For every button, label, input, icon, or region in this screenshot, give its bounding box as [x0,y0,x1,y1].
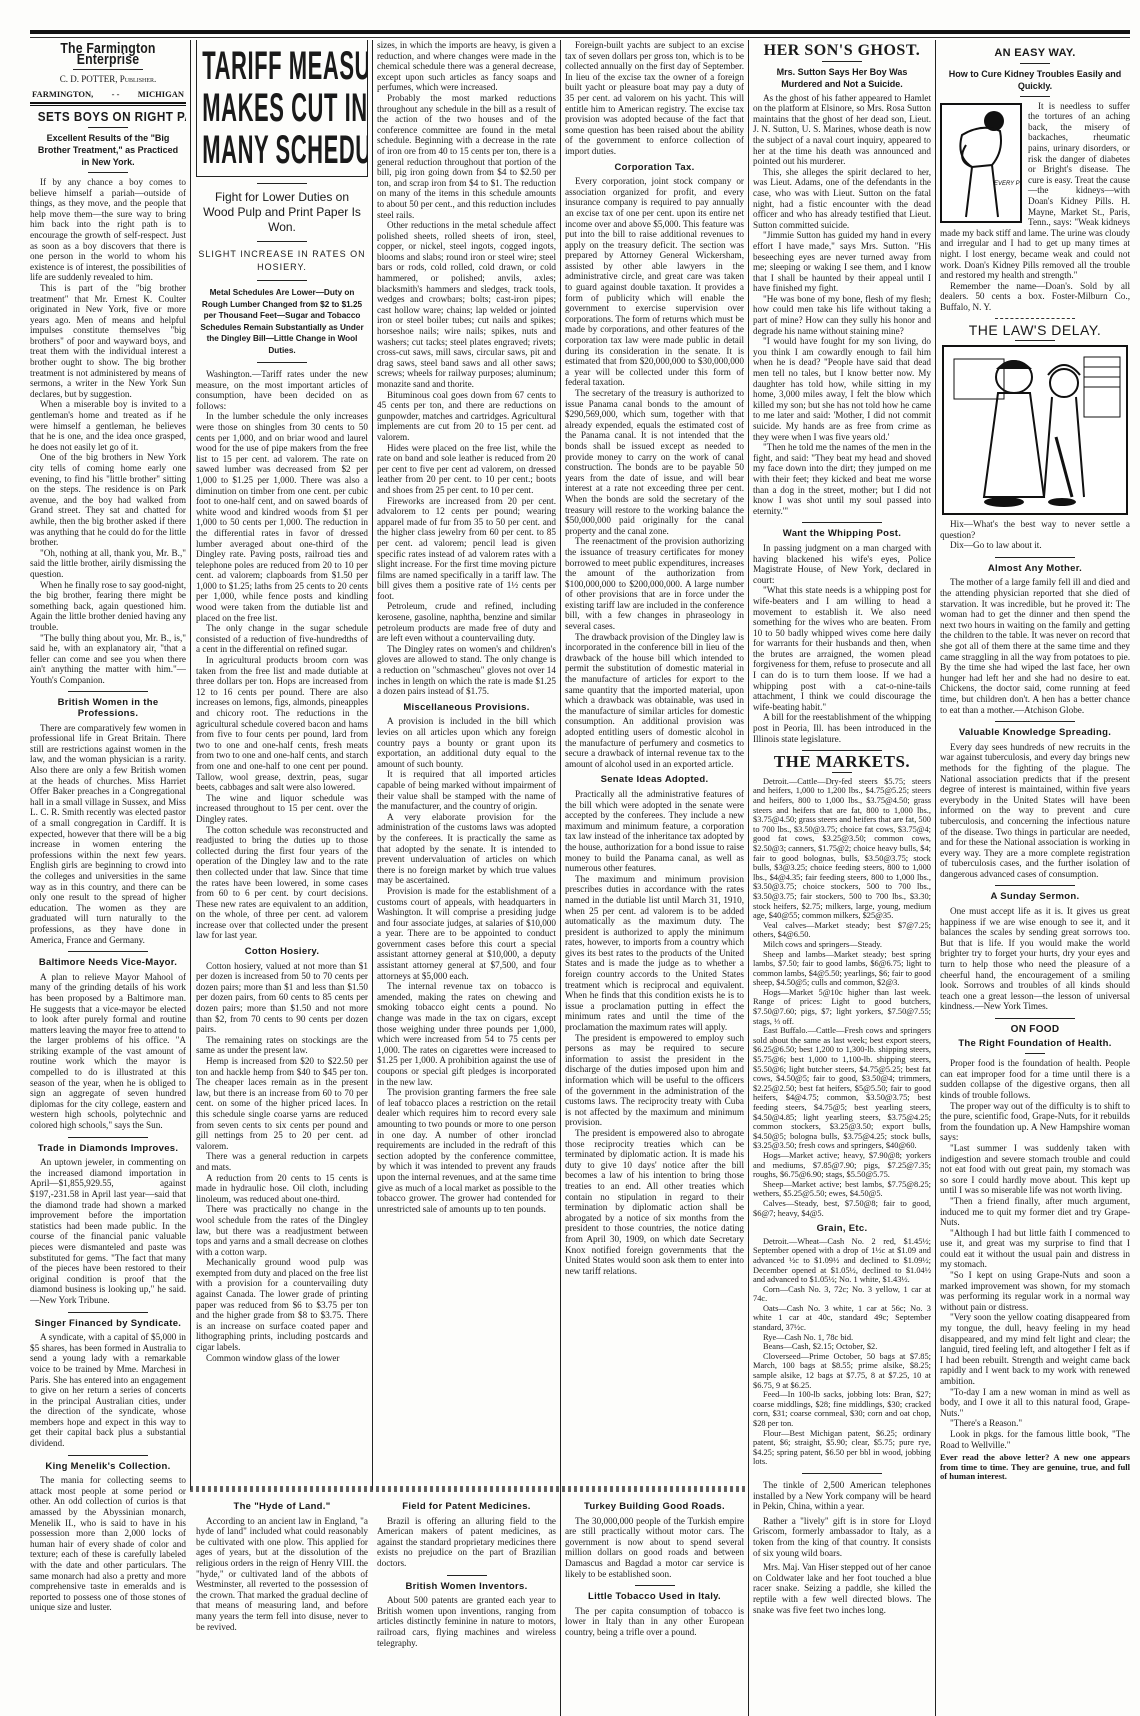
deck-metal-schedules: Metal Schedules Are Lower—Duty on Rough … [198,287,366,356]
banner-line: TARIFF MEASURE [202,46,362,86]
two-men-talking-icon [944,347,1126,513]
article-paragraph: If by any chance a boy comes to believe … [30,177,186,283]
article-paragraph: "What this state needs is a whipping pos… [753,585,931,712]
article-paragraph: The internal revenue tax on tobacco is a… [377,981,556,1087]
market-report: Beans—Cash, $2.15; October, $2. [753,1342,931,1352]
article-paragraph: The per capita consumption of tobacco is… [565,1606,744,1638]
market-report: Cloverseed—Prime October, 50 bags at $7.… [753,1352,931,1390]
masthead-double-rule [30,102,186,106]
section-heading: The "Hyde of Land." [196,1502,368,1513]
section-heading: King Menelik's Collection. [30,1462,186,1473]
ad-paragraph: "There's a Reason." [940,1418,1130,1429]
article-paragraph: The wine and liquor schedule was increas… [196,793,368,825]
article-paragraph: This is part of the "big brother treatme… [30,283,186,400]
article-paragraph: Every day sees hundreds of new recruits … [940,742,1130,880]
article-paragraph: The Dingley rates on women's and childre… [377,644,556,697]
subhead-right-foundation: The Right Foundation of Health. [940,1039,1130,1050]
article-paragraph: Fireworks are increased from 20 per cent… [377,496,556,602]
section-heading: British Women in the Professions. [30,698,186,719]
market-report: Hogs—Market active; heavy, $7.90@8; york… [753,1151,931,1180]
section-heading: Miscellaneous Provisions. [377,703,556,714]
banner-line: MANY SCHEDULES [202,130,362,170]
article-paragraph: In the lumber schedule the only increase… [196,411,368,623]
article-paragraph: "He was bone of my bone, flesh of my fle… [753,294,931,336]
market-report: Flour—Best Michigan patent, $6.25; ordin… [753,1429,931,1467]
market-report: Calves—Steady, best, $7.50@8; fair to go… [753,1199,931,1218]
section-heading: Little Tobacco Used in Italy. [565,1592,744,1603]
section-heading: Grain, Etc. [753,1224,931,1234]
bottom-article-patent: Field for Patent Medicines. Brazil is of… [377,1496,556,1712]
section-heading: Singer Financed by Syndicate. [30,1319,186,1330]
article-paragraph: Brazil is offering an alluring field to … [377,1516,556,1569]
article-paragraph: The mania for collecting seems to attack… [30,1475,186,1613]
news-brief: Mrs. Maj. Van Hiser stepped out of her c… [753,1562,931,1615]
article-paragraph: A very elaborate provision for the admin… [377,812,556,886]
article-paragraph: Hemp is increased from $20 to $22.50 per… [196,1056,368,1151]
ad-paragraph: "Very soon the yellow coating disappeare… [940,1312,1130,1386]
separator: - - [112,89,120,100]
market-report: Feed—In 100-lb sacks, jobbing lots: Bran… [753,1390,931,1428]
market-report: Sheep—Market active; best lambs, $7.75@8… [753,1180,931,1199]
column-1: The Farmington Enterprise C. D. POTTER, … [30,40,186,1716]
bottom-article-turkey: Turkey Building Good Roads. The 30,000,0… [565,1496,744,1712]
city: FARMINGTON, [32,89,93,100]
article-paragraph: The remaining rates on stockings are the… [196,1035,368,1056]
masthead-top-rule [30,30,1130,34]
article-paragraph: The mother of a large family fell ill an… [940,577,1130,715]
article-paragraph: The only change in the sugar schedule co… [196,623,368,655]
section-heading: A Sunday Sermon. [940,892,1130,903]
article-paragraph: The president is empowered to employ suc… [565,1033,744,1128]
column-divider [372,40,373,1490]
article-paragraph: When he finally rose to say good-night, … [30,580,186,633]
market-report: Oats—Cash No. 3 white, 1 car at 56c; No.… [753,1304,931,1333]
article-paragraph: When a miserable boy is invited to a gen… [30,399,186,452]
headline-an-easy-way: AN EASY WAY. [940,48,1130,59]
ad-paragraph: Look in pkgs. for the famous little book… [940,1429,1130,1450]
article-paragraph: "Jimmie Sutton has guided my hand in eve… [753,230,931,294]
article-paragraph: "The bully thing about you, Mr. B., is,"… [30,633,186,686]
headline-laws-delay: THE LAW'S DELAY. [940,325,1130,336]
section-heading: Baltimore Needs Vice-Mayor. [30,958,186,969]
section-heading: British Women Inventors. [377,1582,556,1593]
ad-paragraph: Remember the name—Doan's. Sold by all de… [940,281,1130,313]
article-paragraph: There are comparatively few women in pro… [30,723,186,945]
newspaper-title: The Farmington Enterprise [44,44,172,65]
column-divider [560,40,561,1716]
article-paragraph: It is required that all imported article… [377,769,556,811]
market-report: Milch cows and springers—Steady. [753,940,931,950]
market-report: Rye—Cash No. 1, 78c bid. [753,1333,931,1343]
article-paragraph: A syndicate, with a capital of $5,000 in… [30,1332,186,1449]
deck-big-brother: Excellent Results of the "Big Brother Tr… [36,132,180,168]
column-6: AN EASY WAY. How to Cure Kidney Troubles… [940,40,1130,1716]
cartoon-illustration [942,345,1128,515]
article-paragraph: According to an ancient law in England, … [196,1516,368,1633]
column-4: Foreign-built yachts are subject to an e… [565,40,744,1486]
article-paragraph: As the ghost of his father appeared to H… [753,93,931,167]
ad-paragraph: Proper food is the foundation of health.… [940,1058,1130,1100]
article-paragraph: There was practically no change in the w… [196,1204,368,1257]
section-heading: Almost Any Mother. [940,564,1130,575]
deck-wood-pulp: Fight for Lower Duties on Wood Pulp and … [200,190,364,235]
article-paragraph: In agricultural products broom corn was … [196,655,368,793]
column-3: sizes, in which the imports are heavy, i… [377,40,556,1486]
article-paragraph: Foreign-built yachts are subject to an e… [565,40,744,157]
section-heading: Field for Patent Medicines. [377,1502,556,1513]
masthead-top-rule-thin [30,37,1130,38]
article-paragraph: Probably the most marked reductions thro… [377,93,556,220]
market-report: East Buffalo.—Cattle—Fresh cows and spri… [753,1026,931,1151]
headline-sets-boys: SETS BOYS ON RIGHT PATH [38,112,178,123]
article-paragraph: The provision granting farmers the free … [377,1087,556,1214]
publisher-line: C. D. POTTER, Publisher. [30,74,186,85]
ad-paragraph: "So I kept on using Grape-Nuts and soon … [940,1270,1130,1312]
article-paragraph: A plan to relieve Mayor Mahool of many o… [30,972,186,1131]
article-paragraph: "Then he told me the names of the men in… [753,442,931,516]
article-paragraph: A provision is included in the bill whic… [377,716,556,769]
ad-illustration-back-pain: EVERY PICTURE TELLS A STORY [940,103,1022,223]
ad-paragraph: "Last summer I was suddenly taken with i… [940,1143,1130,1196]
article-paragraph: Washington.—Tariff rates under the new m… [196,369,368,411]
ad-paragraph: "Although I had but little faith I comme… [940,1228,1130,1270]
column-divider [748,40,749,1716]
article-paragraph: The maximum and minimum provision prescr… [565,874,744,1033]
section-heading: Trade in Diamonds Improves. [30,1144,186,1155]
article-paragraph: The reenactment of the provision authori… [565,536,744,631]
market-report: Corn—Cash No. 3, 72c; No. 3 yellow, 1 ca… [753,1285,931,1304]
section-heading: Cotton Hosiery. [196,947,368,958]
headline-on-food: ON FOOD [940,1025,1130,1036]
article-paragraph: Practically all the administrative featu… [565,789,744,874]
article-paragraph: One of the big brothers in New York city… [30,452,186,547]
headline-her-sons-ghost: HER SON'S GHOST. [753,46,931,57]
market-report: Detroit.—Cattle—Dry-fed steers $5.75; st… [753,777,931,921]
article-paragraph: A bill for the reestablishment of the wh… [753,712,931,744]
article-paragraph: Bituminous coal goes down from 67 cents … [377,390,556,443]
article-paragraph: The drawback provision of the Dingley la… [565,632,744,770]
section-heading: Valuable Knowledge Spreading. [940,728,1130,739]
deck-hosiery: SLIGHT INCREASE IN RATES ON HOSIERY. [198,248,366,274]
column-divider [935,40,936,1716]
deck-kidney: How to Cure Kidney Troubles Easily and Q… [946,68,1124,92]
article-paragraph: Common window glass of the lower [196,1353,368,1364]
article-paragraph: "Oh, nothing at all, thank you, Mr. B.,"… [30,548,186,580]
article-paragraph: About 500 patents are granted each year … [377,1595,556,1648]
article-paragraph: Hides were placed on the free list, whil… [377,443,556,496]
bottom-article-hyde: The "Hyde of Land." According to an anci… [196,1496,368,1712]
section-heading: Want the Whipping Post. [753,529,931,540]
market-report: Hogs—Market 5@10c higher than last week.… [753,988,931,1026]
article-paragraph: The secretary of the treasury is authori… [565,388,744,536]
news-brief: The tinkle of 2,500 American telephones … [753,1480,931,1512]
ad-paragraph: "To-day I am a new woman in mind as well… [940,1387,1130,1419]
market-report: Veal calves—Market steady; best $7@7.25;… [753,921,931,940]
article-paragraph: "I would have fought for my son living, … [753,336,931,442]
market-report: Sheep and lambs—Market steady; best spri… [753,950,931,988]
article-paragraph: Every corporation, joint stock company o… [565,176,744,388]
article-paragraph: This, she alleges the spirit declared to… [753,167,931,231]
article-paragraph: The 30,000,000 people of the Turkish emp… [565,1516,744,1580]
market-report: Detroit.—Wheat—Cash No. 2 red, $1.45½; S… [753,1237,931,1285]
section-heading: Turkey Building Good Roads. [565,1502,744,1513]
dateline-place: FARMINGTON, - - MICHIGAN [30,89,186,100]
article-paragraph: The president is empowered also to abrog… [565,1128,744,1276]
article-paragraph: A reduction from 20 cents to 15 cents is… [196,1173,368,1205]
article-paragraph: The cotton schedule was reconstructed an… [196,825,368,942]
article-paragraph: Other reductions in the metal schedule a… [377,220,556,390]
article-paragraph: One must accept life as it is. It gives … [940,906,1130,1012]
ad-paragraph: "Then a friend finally, after much argum… [940,1196,1130,1228]
ad-paragraph: The proper way out of the difficulty is … [940,1101,1130,1143]
man-holding-back-icon: EVERY PICTURE TELLS A STORY [942,105,1020,221]
section-heading: Senate Ideas Adopted. [565,775,744,786]
article-paragraph: In passing judgment on a man charged wit… [753,543,931,585]
svg-text:EVERY PICTURE TELLS A STORY: EVERY PICTURE TELLS A STORY [994,181,1020,187]
wavy-divider [190,1486,745,1492]
article-paragraph: There was a general reduction in carpets… [196,1151,368,1172]
article-paragraph: Petroleum, crude and refined, including … [377,601,556,643]
column-2: TARIFF MEASURE MAKES CUT IN MANY SCHEDUL… [196,40,368,1486]
article-paragraph: Mechanically ground wood pulp was exempt… [196,1257,368,1352]
article-paragraph: Cotton hosiery, valued at not more than … [196,961,368,1035]
news-brief: Rather a "lively" gift is in store for L… [753,1516,931,1558]
cartoon-caption: Dix—Go to law about it. [940,540,1130,551]
column-divider [190,40,191,1490]
column-5: HER SON'S GHOST. Mrs. Sutton Says Her Bo… [753,40,931,1716]
article-paragraph: sizes, in which the imports are heavy, i… [377,40,556,93]
deck-sutton: Mrs. Sutton Says Her Boy Was Murdered an… [759,66,925,90]
article-paragraph: An uptown jeweler, in commenting on the … [30,1157,186,1305]
banner-box: TARIFF MEASURE MAKES CUT IN MANY SCHEDUL… [196,40,368,177]
article-paragraph: Provision is made for the establishment … [377,886,556,981]
section-heading: Corporation Tax. [565,163,744,174]
cartoon-caption: Hix—What's the best way to never settle … [940,519,1130,540]
headline-the-markets: THE MARKETS. [753,757,931,768]
banner-line: MAKES CUT IN [202,88,362,128]
state: MICHIGAN [138,89,184,100]
ad-footer: Ever read the above letter? A new one ap… [940,1453,1130,1482]
